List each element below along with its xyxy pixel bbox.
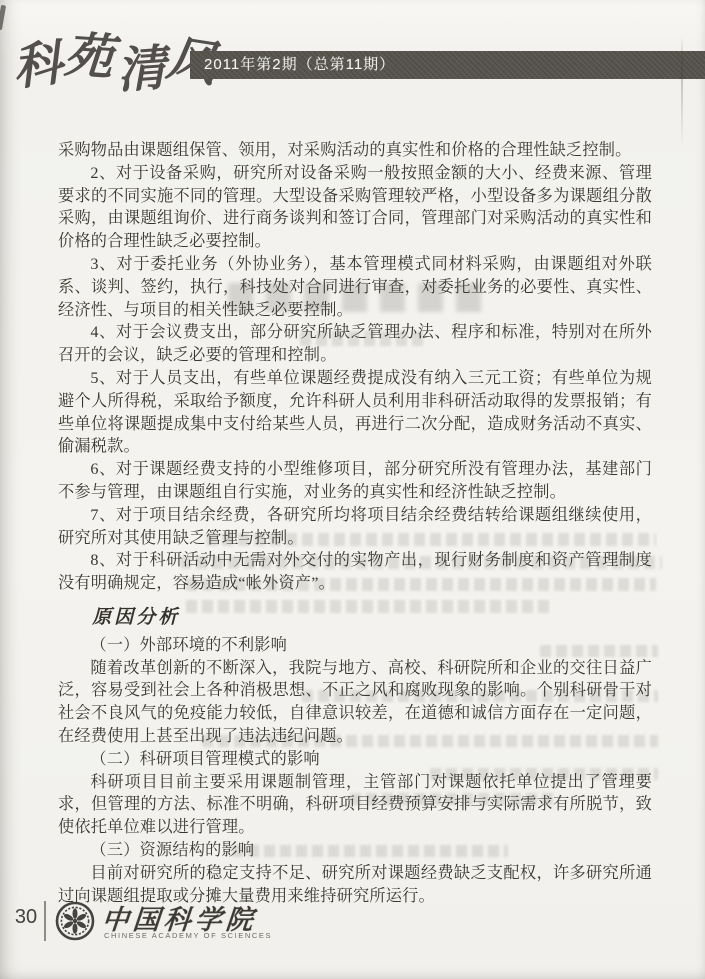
logo-char: 清: [114, 27, 168, 110]
logo-char: 科: [8, 22, 66, 107]
subsection-body: 科研项目目前主要采用课题制管理，主管部门对课题依托单位提出了管理要求，但管理的方…: [58, 771, 652, 839]
paragraph: 2、对于设备采购，研究所对设备采购一般按照金额的大小、经费来源、管理要求的不同实…: [58, 162, 652, 253]
paragraph: 3、对于委托业务（外协业务），基本管理模式同材料采购，由课题组对外联系、谈判、签…: [58, 253, 652, 321]
paragraph: 5、对于人员支出，有些单位课题经费提成没有纳入三元工资；有些单位为规避个人所得税…: [58, 367, 652, 458]
paragraph: 6、对于课题经费支持的小型维修项目，部分研究所没有管理办法，基建部门不参与管理，…: [58, 458, 652, 504]
subsection-body: 随着改革创新的不断深入，我院与地方、高校、科研院所和企业的交往日益广泛，容易受到…: [58, 657, 652, 748]
footer-divider: [44, 901, 46, 941]
paragraph: 4、对于会议费支出，部分研究所缺乏管理办法、程序和标准，特别对在所外召开的会议，…: [58, 321, 652, 367]
paragraph: 7、对于项目结余经费，各研究所均将项目结余经费结转给课题组继续使用，研究所对其使…: [58, 504, 652, 550]
subsection-heading: （二）科研项目管理模式的影响: [58, 748, 652, 771]
scan-crease: [681, 36, 683, 148]
masthead-logo-calligraphy: 科苑清风: [12, 18, 192, 108]
subsection-heading: （三）资源结构的影响: [58, 839, 652, 862]
section-heading: 原因分析: [58, 607, 652, 630]
article-body: 采购物品由课题组保管、领用，对采购活动的真实性和价格的合理性缺乏控制。 2、对于…: [58, 139, 652, 907]
subsection-heading: （一）外部环境的不利影响: [58, 634, 652, 657]
paragraph: 8、对于科研活动中无需对外交付的实物产出，现行财务制度和资产管理制度没有明确规定…: [58, 549, 652, 595]
cas-emblem-icon: [55, 901, 95, 941]
scanned-journal-page: 科苑清风 2011年第2期（总第11期） 采购物品由课题组保管、领用，对采购活动…: [0, 0, 705, 979]
page-number: 30: [13, 906, 39, 929]
page-footer: 30 中国科学院 CHINESE ACADEMY OF SCIENCES: [0, 898, 705, 948]
paragraph-continuation: 采购物品由课题组保管、领用，对采购活动的真实性和价格的合理性缺乏控制。: [58, 139, 652, 162]
issue-banner-label: 2011年第2期（总第11期）: [204, 56, 395, 73]
org-name-en: CHINESE ACADEMY OF SCIENCES: [104, 931, 272, 940]
logo-char: 苑: [61, 14, 115, 97]
issue-banner: 2011年第2期（总第11期）: [190, 51, 705, 79]
scan-corner-mark: [0, 5, 6, 30]
